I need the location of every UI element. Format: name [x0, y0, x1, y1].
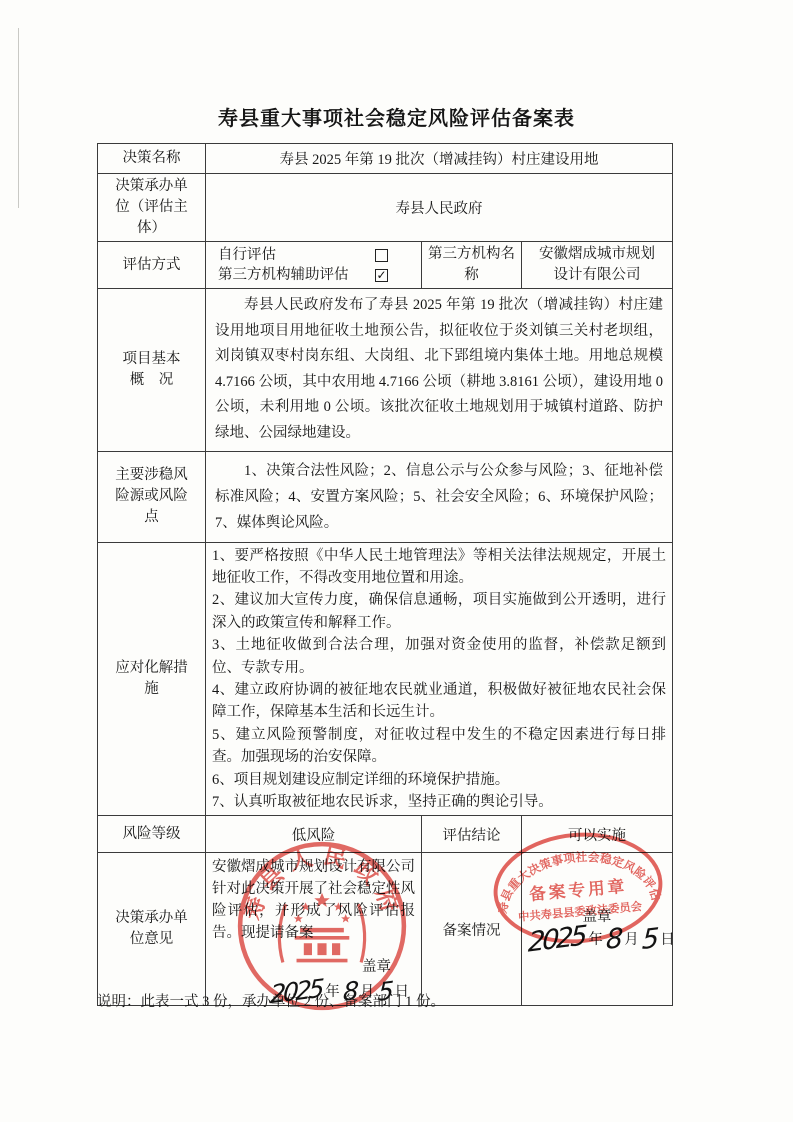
self-evaluation-option: 自行评估: [212, 245, 415, 265]
evaluation-method-label: 评估方式: [98, 242, 206, 289]
agency-name-value: 安徽熠成城市规划设计有限公司: [522, 242, 673, 289]
filing-sign-cell: 盖章 2025 年 8 月 5 日: [522, 853, 673, 1006]
project-overview-cell: 寿县人民政府发布了寿县 2025 年第 19 批次（增减挂钩）村庄建设用地项目用…: [206, 289, 673, 452]
self-evaluation-checkbox: [375, 249, 388, 262]
table-row: 风险等级 低风险 评估结论 可以实施: [98, 816, 673, 853]
countermeasure-item: 7、认真听取被征地农民诉求，坚持正确的舆论引导。: [212, 791, 666, 813]
risk-sources-label: 主要涉稳风 险源或风险 点: [98, 451, 206, 542]
filing-status-label: 备案情况: [422, 853, 522, 1006]
project-overview-label: 项目基本 概 况: [98, 289, 206, 452]
countermeasure-item: 2、建议加大宣传力度，确保信息通畅，项目实施做到公开透明，进行深入的政策宣传和解…: [212, 589, 666, 634]
risk-sources-cell: 1、决策合法性风险；2、信息公示与公众参与风险；3、征地补偿标准风险；4、安置方…: [206, 451, 673, 542]
responsible-unit-label: 决策承办单 位（评估主 体）: [98, 174, 206, 242]
decision-name-value: 寿县 2025 年第 19 批次（增减挂钩）村庄建设用地: [206, 144, 673, 174]
countermeasure-item: 4、建立政府协调的被征地农民就业通道，积极做好被征地农民社会保障工作，保障基本生…: [212, 679, 666, 724]
scanned-document-page: 寿县重大事项社会稳定风险评估备案表 决策名称 寿县 2025 年第 19 批次（…: [0, 0, 793, 1122]
unit-opinion-text: 安徽熠成城市规划设计有限公司针对此决策开展了社会稳定性风险评估，并形成了风险评估…: [212, 856, 415, 944]
unit-opinion-label: 决策承办单 位意见: [98, 853, 206, 1006]
footnote: 说明：此表一式 3 份，承办单位 2 份、备案部门 1 份。: [97, 990, 445, 1011]
countermeasures-cell: 1、要严格按照《中华人民土地管理法》等相关法律法规规定，开展土地征收工作，不得改…: [206, 542, 673, 816]
day-unit: 日: [660, 932, 675, 948]
unit-opinion-cell: 安徽熠成城市规划设计有限公司针对此决策开展了社会稳定性风险评估，并形成了风险评估…: [206, 853, 422, 1006]
filing-date: 2025 年 8 月 5 日: [528, 930, 666, 950]
countermeasure-item: 1、要严格按照《中华人民土地管理法》等相关法律法规规定，开展土地征收工作，不得改…: [212, 545, 666, 590]
evaluation-method-options: 自行评估 第三方机构辅助评估 ✓: [206, 242, 422, 289]
year-unit: 年: [588, 932, 603, 948]
risk-level-label: 风险等级: [98, 816, 206, 853]
decision-name-label: 决策名称: [98, 144, 206, 174]
conclusion-label: 评估结论: [422, 816, 522, 853]
third-party-evaluation-label: 第三方机构辅助评估: [218, 265, 349, 285]
table-row: 评估方式 自行评估 第三方机构辅助评估 ✓ 第三方机构名 称 安徽熠成城市规划设…: [98, 242, 673, 289]
page-title: 寿县重大事项社会稳定风险评估备案表: [0, 102, 793, 131]
table-row: 项目基本 概 况 寿县人民政府发布了寿县 2025 年第 19 批次（增减挂钩）…: [98, 289, 673, 452]
risk-sources-text: 1、决策合法性风险；2、信息公示与公众参与风险；3、征地补偿标准风险；4、安置方…: [215, 458, 663, 536]
handwritten-day: 5: [642, 940, 656, 942]
responsible-unit-value: 寿县人民政府: [206, 174, 673, 242]
third-party-evaluation-checkbox: ✓: [375, 269, 388, 282]
countermeasures-label: 应对化解措 施: [98, 542, 206, 816]
countermeasure-item: 5、建立风险预警制度，对征收过程中发生的不稳定因素进行每日排查。加强现场的治安保…: [212, 724, 666, 769]
table-row: 决策名称 寿县 2025 年第 19 批次（增减挂钩）村庄建设用地: [98, 144, 673, 174]
month-unit: 月: [624, 932, 639, 948]
table-row: 决策承办单 位（评估主 体） 寿县人民政府: [98, 174, 673, 242]
countermeasure-item: 3、土地征收做到合法合理，加强对资金使用的监督，补偿款足额到位、专款专用。: [212, 634, 666, 679]
table-row: 应对化解措 施 1、要严格按照《中华人民土地管理法》等相关法律法规规定，开展土地…: [98, 542, 673, 816]
risk-level-value: 低风险: [206, 816, 422, 853]
assessment-filing-table: 决策名称 寿县 2025 年第 19 批次（增减挂钩）村庄建设用地 决策承办单 …: [97, 143, 673, 1006]
table-row: 主要涉稳风 险源或风险 点 1、决策合法性风险；2、信息公示与公众参与风险；3、…: [98, 451, 673, 542]
project-overview-text: 寿县人民政府发布了寿县 2025 年第 19 批次（增减挂钩）村庄建设用地项目用…: [215, 293, 663, 447]
agency-name-label: 第三方机构名 称: [422, 242, 522, 289]
self-evaluation-label: 自行评估: [218, 245, 276, 265]
handwritten-month: 8: [607, 940, 621, 942]
handwritten-year: 2025: [528, 937, 584, 944]
third-party-evaluation-option: 第三方机构辅助评估 ✓: [212, 265, 415, 285]
conclusion-value: 可以实施: [522, 816, 673, 853]
table-row: 决策承办单 位意见 安徽熠成城市规划设计有限公司针对此决策开展了社会稳定性风险评…: [98, 853, 673, 1006]
countermeasure-item: 6、项目规划建设应制定详细的环境保护措施。: [212, 769, 666, 791]
